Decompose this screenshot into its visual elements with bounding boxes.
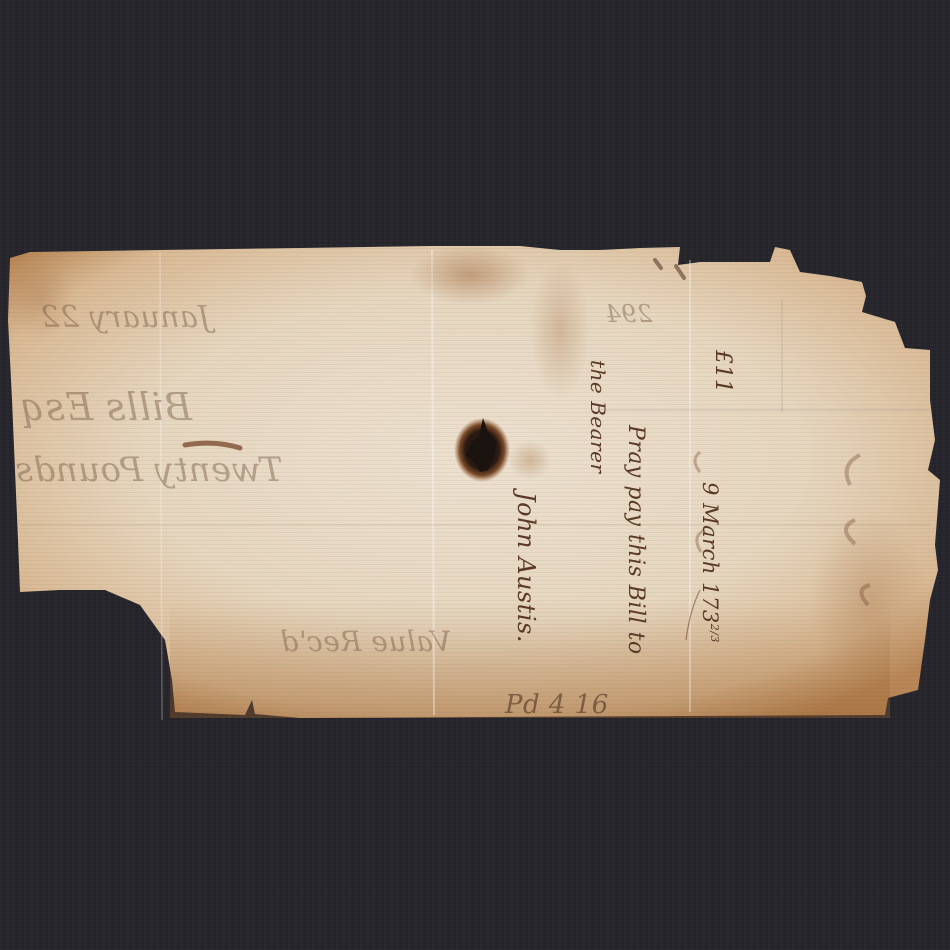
endorsement-line-2: the Bearer xyxy=(586,360,610,474)
bleed-through-line-a: January 22 xyxy=(40,300,210,335)
date-year: 173 xyxy=(698,582,722,624)
endorsement-date: 9 March 1732/3 xyxy=(698,482,722,643)
date-year-fraction: 2/3 xyxy=(708,624,721,643)
bleed-through-line-b: Bills Esq xyxy=(20,385,192,429)
amount-mark: £11 xyxy=(710,350,735,394)
date-month: March xyxy=(698,503,722,575)
bleed-through-line-c: Twenty Pounds xyxy=(15,450,283,490)
bleed-through-line-d: Value Rec'd xyxy=(280,625,451,658)
bleed-through-number: 294 xyxy=(605,300,652,328)
endorsement-signature: John Austis. xyxy=(512,492,540,643)
notation: Pd 4 16 xyxy=(505,690,609,720)
endorsement-line-1: Pray pay this Bill to xyxy=(623,425,648,655)
document-paper: January 22 Bills Esq Twenty Pounds Value… xyxy=(0,0,950,950)
date-day: 9 xyxy=(698,482,722,496)
